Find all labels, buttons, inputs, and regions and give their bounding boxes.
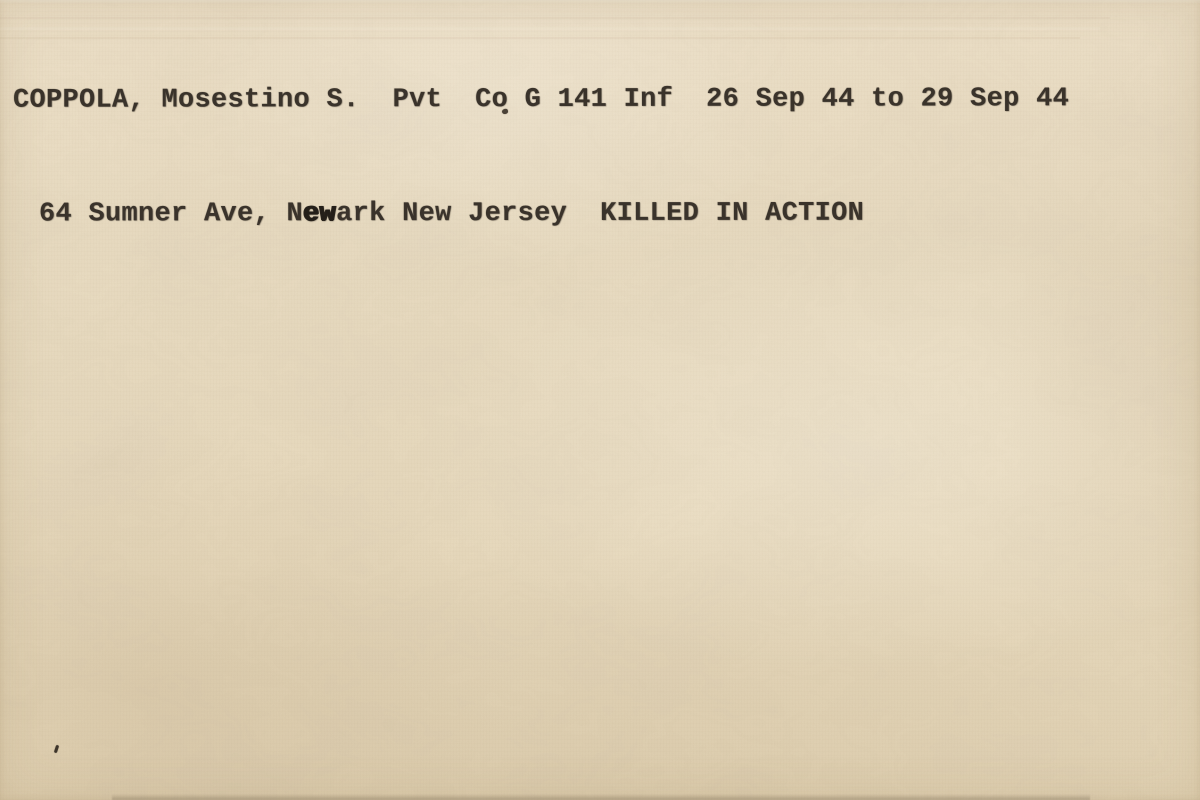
card-bottom-edge-shadow [112, 794, 1090, 800]
record-line-address-status: 64 Sumner Ave, Newark New Jersey KILLED … [13, 195, 1069, 234]
card-top-edge-highlight [0, 0, 1200, 4]
address-remainder-text: ark New Jersey [336, 199, 600, 229]
stray-pen-mark [54, 745, 59, 754]
status-text: KILLED IN ACTION [600, 199, 864, 229]
overstruck-letters: ew [303, 199, 336, 229]
scanned-card: COPPOLA, Mosestino S. Pvt Co G 141 Inf 2… [0, 0, 1200, 800]
address-prefix-text: 64 Sumner Ave, N [39, 199, 303, 229]
typed-text-block: COPPOLA, Mosestino S. Pvt Co G 141 Inf 2… [13, 5, 1069, 309]
record-line-name-rank-unit-dates: COPPOLA, Mosestino S. Pvt Co G 141 Inf 2… [13, 80, 1069, 119]
